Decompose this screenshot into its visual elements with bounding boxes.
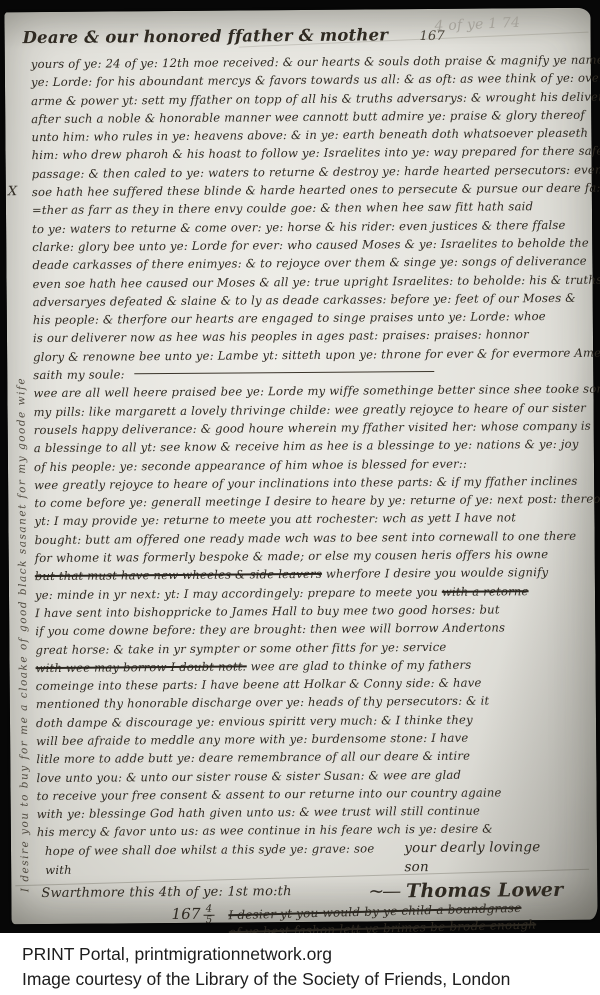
caption-bar: PRINT Portal, printmigrationnetwork.org … <box>0 933 600 995</box>
salutation: Deare & our honored ffather & mother <box>23 25 389 47</box>
year-fraction: 45 <box>204 904 215 925</box>
year: 16745 <box>171 904 214 925</box>
manuscript-page: 4 of ye 1 74 Deare & our honored ffather… <box>4 8 597 925</box>
margin-x-mark: X <box>8 184 18 199</box>
ink-rule <box>135 370 435 373</box>
signature-name: Thomas Lower <box>406 879 563 902</box>
year-row: 16745 I desier yt you would by ye child … <box>11 901 597 933</box>
photograph-mount: 4 of ye 1 74 Deare & our honored ffather… <box>0 0 600 933</box>
postscript: I desier yt you would by ye child a boun… <box>228 899 536 933</box>
year-fraction-denominator: 5 <box>204 915 215 925</box>
signature-flourish: ~— <box>368 880 399 902</box>
caption-source: PRINT Portal, printmigrationnetwork.org <box>22 942 600 967</box>
caption-credit: Image courtesy of the Library of the Soc… <box>22 967 600 992</box>
closing-left: hope of wee shall doe whilst a this syde… <box>45 839 405 880</box>
manuscript-body: yours of ye: 24 of ye: 12th moe received… <box>5 49 597 842</box>
year-prefix: 167 <box>171 905 200 923</box>
closing-row: hope of wee shall doe whilst a this syde… <box>11 837 597 880</box>
